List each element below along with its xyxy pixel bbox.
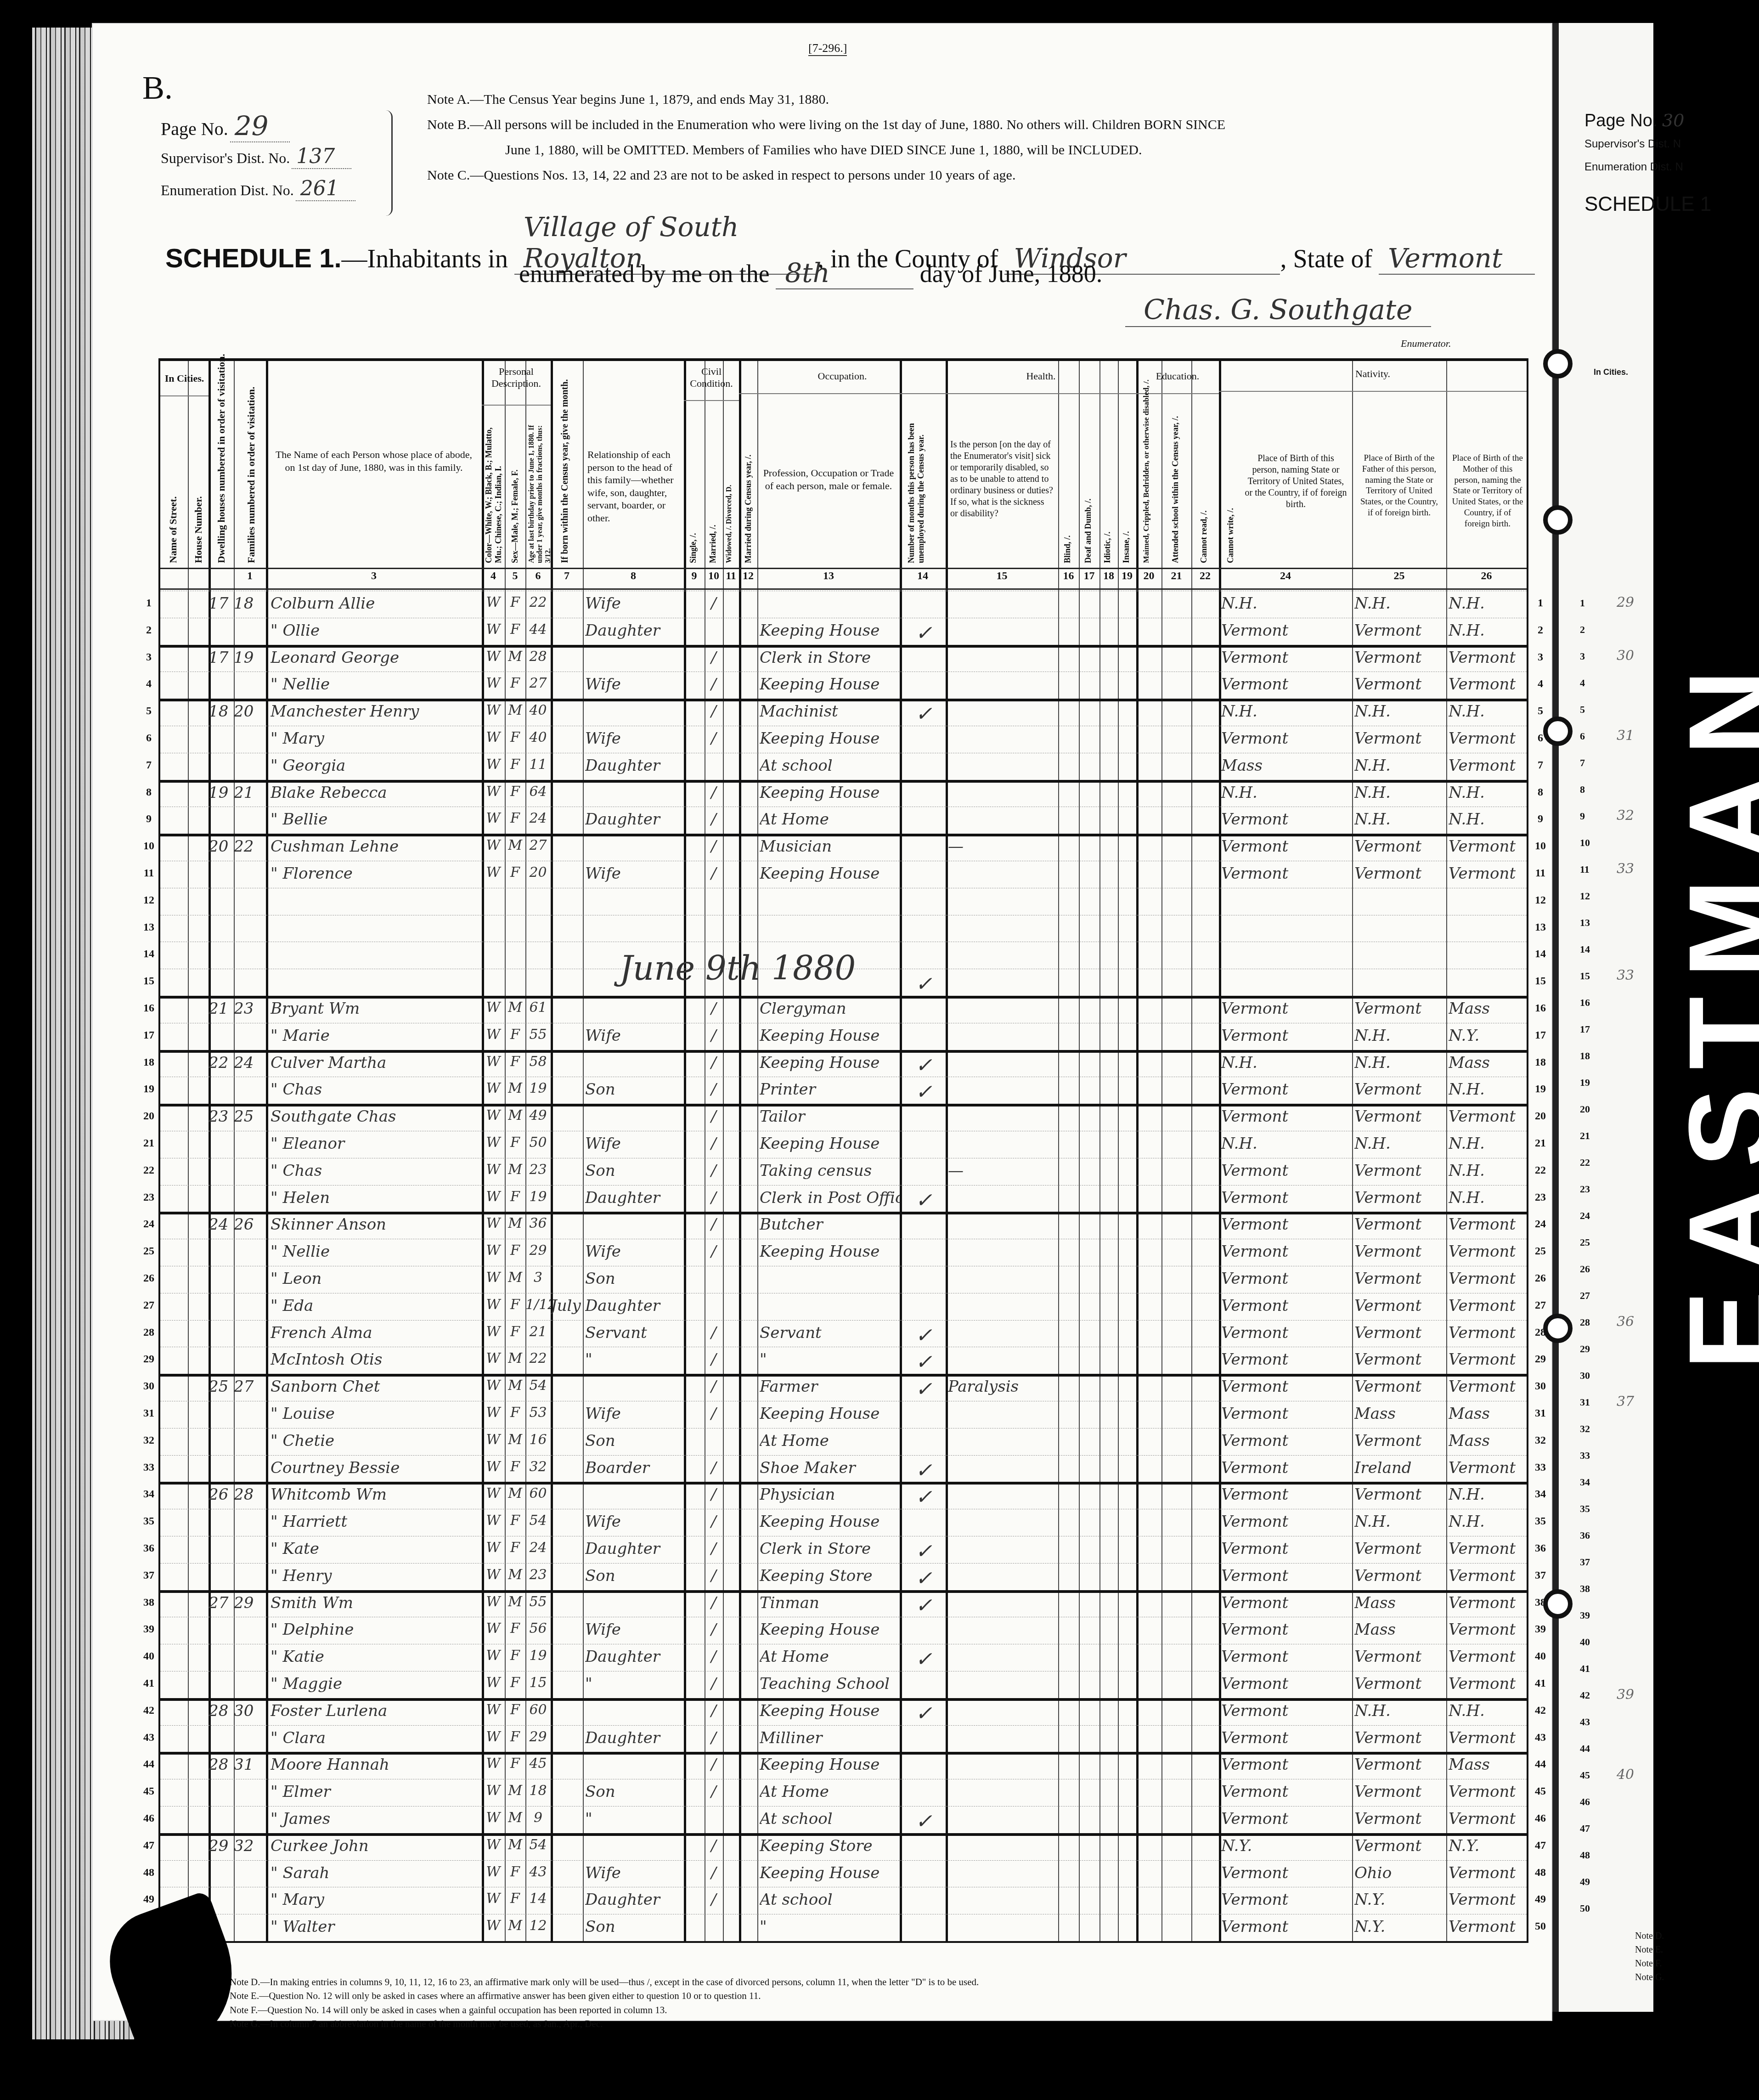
header-school: Attended school within the Census year, … [1171, 389, 1180, 563]
line-number-right: 30 [1531, 1380, 1550, 1393]
birthplace: Vermont [1221, 1864, 1352, 1882]
occupation: Keeping House [760, 784, 900, 802]
relationship: Son [585, 1567, 684, 1585]
relationship: Wife [585, 675, 684, 694]
father-birthplace: Vermont [1354, 1675, 1446, 1693]
row-divider [160, 1536, 1527, 1536]
occupation: Clerk in Store [760, 1540, 900, 1558]
birthplace: Vermont [1221, 1215, 1352, 1234]
sex: M [505, 1783, 525, 1799]
age: 15 [525, 1675, 551, 1691]
person-name: " Helen [271, 1189, 482, 1207]
father-birthplace: Vermont [1354, 1215, 1446, 1234]
header-age: Age at last birthday prior to June 1, 18… [528, 412, 548, 563]
header-father-birthplace: Place of Birth of the Father of this per… [1357, 453, 1442, 519]
age: 19 [525, 1189, 551, 1205]
sex: F [505, 1756, 525, 1772]
person-name: " Henry [271, 1567, 482, 1585]
adjacent-line-number: 4 [1580, 677, 1585, 689]
table-row: 4141" MaggieWF15"/Teaching SchoolVermont… [160, 1671, 1527, 1698]
person-name: " Mary [271, 729, 482, 748]
mother-birthplace: Vermont [1449, 1567, 1527, 1585]
father-birthplace: Vermont [1354, 999, 1446, 1018]
enumerator-label: Enumerator. [1401, 338, 1451, 350]
table-row: 3939" DelphineWF56Wife/Keeping HouseVerm… [160, 1617, 1527, 1644]
birthplace: Vermont [1221, 1027, 1352, 1045]
line-number-left: 26 [140, 1272, 158, 1285]
mother-birthplace: Vermont [1449, 1810, 1527, 1828]
age: 22 [525, 594, 551, 610]
table-row: 38382729Smith WmWM55/Tinman✓VermontMassV… [160, 1590, 1527, 1617]
line-number-left: 33 [140, 1462, 158, 1474]
family-number: 21 [234, 784, 266, 802]
supervisor-district-field: Supervisor's Dist. No. 137 [161, 145, 351, 169]
married-mark: / [705, 1080, 723, 1099]
row-divider [160, 645, 1527, 648]
relationship: Daughter [585, 1648, 684, 1666]
mother-birthplace: Vermont [1449, 1783, 1527, 1801]
line-number-left: 49 [140, 1893, 158, 1906]
line-number-right: 24 [1531, 1218, 1550, 1231]
relationship: Daughter [585, 810, 684, 829]
father-birthplace: Vermont [1354, 837, 1446, 856]
line-number-right: 49 [1531, 1893, 1550, 1906]
line-number-left: 19 [140, 1083, 158, 1095]
sex: F [505, 1648, 525, 1664]
unemployed-mark: ✓ [902, 1567, 946, 1590]
relationship: Daughter [585, 1729, 684, 1747]
family-number: 24 [234, 1054, 266, 1072]
line-number-right: 32 [1531, 1434, 1550, 1447]
table-row: 111718Colburn AllieWF22Wife/N.H.N.H.N.H. [160, 591, 1527, 618]
sex: M [505, 702, 525, 718]
mother-birthplace: Vermont [1449, 864, 1527, 883]
person-name: " Chas [271, 1080, 482, 1099]
table-row: 4545" ElmerWM18Son/At HomeVermontVermont… [160, 1779, 1527, 1806]
adjacent-line-number: 34 [1580, 1476, 1590, 1488]
sex: M [505, 1107, 525, 1123]
header-born-month: If born within the Census year, give the… [560, 379, 570, 563]
birthplace: Vermont [1221, 1297, 1352, 1315]
occupation: At school [760, 1810, 900, 1828]
line-number-right: 25 [1531, 1245, 1550, 1258]
table-row: 2626" LeonWM3SonVermontVermontVermont [160, 1266, 1527, 1293]
occupation: Machinist [760, 702, 900, 721]
relationship: Wife [585, 1135, 684, 1153]
colnum-14: 14 [900, 570, 946, 582]
mother-birthplace: N.H. [1449, 1702, 1527, 1720]
adjacent-page-no: Page No. 30 [1584, 110, 1684, 131]
birthplace: Vermont [1221, 1270, 1352, 1288]
line-number-left: 44 [140, 1758, 158, 1771]
married-mark: / [705, 810, 723, 829]
father-birthplace: N.Y. [1354, 1891, 1446, 1909]
birthplace: N.Y. [1221, 1837, 1352, 1855]
mother-birthplace: Mass [1449, 999, 1527, 1018]
sex: F [505, 1459, 525, 1475]
row-divider [160, 1806, 1527, 1806]
sickness: — [948, 1162, 1058, 1180]
supervisor-value: 137 [292, 145, 351, 169]
adjacent-dwelling-entry: 36 [1617, 1314, 1634, 1330]
color: W [482, 1405, 505, 1421]
person-name: " Delphine [271, 1620, 482, 1639]
adjacent-line-number: 6 [1580, 730, 1585, 742]
colnum-24: 24 [1219, 570, 1352, 582]
note-c: Note C.—Questions Nos. 13, 14, 22 and 23… [427, 168, 1015, 183]
adjacent-notes: Note D. Note E. Note F. Note G. [1635, 1929, 1664, 1984]
birthplace: Vermont [1221, 1513, 1352, 1531]
adjacent-line-number: 10 [1580, 837, 1590, 849]
sex: F [505, 784, 525, 800]
occupation: Servant [760, 1324, 900, 1342]
line-number-left: 39 [140, 1623, 158, 1636]
row-divider [160, 1887, 1527, 1887]
colnum-9: 9 [684, 570, 705, 582]
father-birthplace: N.H. [1354, 1054, 1446, 1072]
table-row: 44442831Moore HannahWF45/Keeping HouseVe… [160, 1752, 1527, 1779]
birthplace: Vermont [1221, 1810, 1352, 1828]
film-brand-label: EASTMAN [1663, 276, 1754, 1745]
color: W [482, 756, 505, 773]
relationship: Wife [585, 1405, 684, 1423]
adjacent-note-g: Note G. [1635, 1970, 1664, 1984]
row-divider [160, 1239, 1527, 1239]
father-birthplace: Vermont [1354, 621, 1446, 640]
colnum-5: 5 [505, 570, 525, 582]
table-row: 44" NellieWF27Wife/Keeping HouseVermontV… [160, 672, 1527, 699]
birthplace: Vermont [1221, 675, 1352, 694]
line-number-left: 4 [140, 678, 158, 690]
adjacent-dwelling-entry: 31 [1617, 728, 1634, 744]
color: W [482, 1377, 505, 1394]
adjacent-line-number: 48 [1580, 1849, 1590, 1861]
person-name: Sanborn Chet [271, 1377, 482, 1396]
age: 32 [525, 1459, 551, 1475]
color: W [482, 1594, 505, 1610]
line-number-left: 5 [140, 705, 158, 717]
mother-birthplace: Vermont [1449, 1729, 1527, 1747]
person-name: Blake Rebecca [271, 784, 482, 802]
table-row: 331719Leonard GeorgeWM28/Clerk in StoreV… [160, 645, 1527, 672]
line-number-right: 43 [1531, 1732, 1550, 1744]
line-number-right: 18 [1531, 1056, 1550, 1069]
person-name: " Georgia [271, 756, 482, 775]
sex: F [505, 1729, 525, 1745]
father-birthplace: Vermont [1354, 1080, 1446, 1099]
colnum-16: 16 [1058, 570, 1079, 582]
row-divider [160, 834, 1527, 836]
header-sickness: Is the person [on the day of the Enumera… [950, 439, 1054, 519]
sex: F [505, 1620, 525, 1637]
table-row: 16162123Bryant WmWM61/ClergymanVermontVe… [160, 996, 1527, 1023]
mother-birthplace: N.H. [1449, 1513, 1527, 1531]
color: W [482, 1324, 505, 1340]
sex: F [505, 1864, 525, 1880]
birthplace: Vermont [1221, 1324, 1352, 1342]
line-number-left: 46 [140, 1812, 158, 1825]
father-birthplace: Mass [1354, 1620, 1446, 1639]
line-number-right: 26 [1531, 1272, 1550, 1285]
line-number-right: 7 [1531, 759, 1550, 772]
birthplace: Vermont [1221, 1189, 1352, 1207]
age: 21 [525, 1324, 551, 1340]
occupation: " [760, 1918, 900, 1936]
table-row: 3636" KateWF24Daughter/Clerk in Store✓Ve… [160, 1536, 1527, 1563]
row-divider [160, 1860, 1527, 1861]
group-personal: Personal Description. [482, 366, 551, 390]
adjacent-line-number: 21 [1580, 1130, 1590, 1142]
married-mark: / [705, 864, 723, 883]
group-in-cities: In Cities. [160, 373, 209, 384]
brace [386, 110, 393, 216]
color: W [482, 784, 505, 800]
adjacent-supervisor-label: Supervisor's Dist. N [1584, 138, 1681, 151]
person-name: " Florence [271, 864, 482, 883]
table-row: 4949" MaryWF14Daughter/At schoolVermontN… [160, 1887, 1527, 1914]
color: W [482, 1567, 505, 1583]
color: W [482, 1891, 505, 1907]
mother-birthplace: N.H. [1449, 810, 1527, 829]
color: W [482, 1162, 505, 1178]
group-civil: Civil Condition. [684, 366, 739, 390]
adjacent-line-number: 44 [1580, 1743, 1590, 1755]
adjacent-line-number: 20 [1580, 1103, 1590, 1115]
table-row: 66" MaryWF40Wife/Keeping HouseVermontVer… [160, 726, 1527, 753]
table-row: 2323" HelenWF19Daughter/Clerk in Post Of… [160, 1185, 1527, 1212]
adjacent-line-number: 17 [1580, 1023, 1590, 1035]
relationship: Wife [585, 594, 684, 613]
line-number-left: 43 [140, 1732, 158, 1744]
family-number: 20 [234, 702, 266, 721]
line-number-left: 13 [140, 921, 158, 934]
married-mark: / [705, 729, 723, 748]
adjacent-line-number: 50 [1580, 1902, 1590, 1914]
adjacent-line-number: 26 [1580, 1263, 1590, 1275]
adjacent-line-number: 1 [1580, 597, 1585, 609]
header-cannot-write: Cannot write, /. [1226, 444, 1235, 563]
person-name: " Nellie [271, 1242, 482, 1261]
unemployed-mark: ✓ [902, 1350, 946, 1374]
line-number-right: 12 [1531, 894, 1550, 907]
sex: F [505, 1297, 525, 1313]
sex: F [505, 1242, 525, 1259]
age: 23 [525, 1567, 551, 1583]
line-number-left: 36 [140, 1542, 158, 1555]
mother-birthplace: Mass [1449, 1405, 1527, 1423]
table-row: 99" BellieWF24Daughter/At HomeVermontN.H… [160, 807, 1527, 834]
mother-birthplace: N.Y. [1449, 1027, 1527, 1045]
age: 18 [525, 1783, 551, 1799]
age: 3 [525, 1270, 551, 1286]
line-number-left: 30 [140, 1380, 158, 1393]
person-name: " Nellie [271, 675, 482, 694]
relationship: Daughter [585, 1891, 684, 1909]
family-number: 18 [234, 594, 266, 613]
line-number-right: 38 [1531, 1597, 1550, 1609]
birthplace: N.H. [1221, 1054, 1352, 1072]
occupation: Physician [760, 1485, 900, 1504]
color: W [482, 864, 505, 881]
color: W [482, 702, 505, 718]
person-name: " Clara [271, 1729, 482, 1747]
group-nativity: Nativity. [1219, 368, 1527, 380]
line-number-left: 37 [140, 1569, 158, 1582]
note-g: Note G.—In column 7 an abbreviation in t… [230, 2017, 979, 2031]
age: 44 [525, 621, 551, 638]
section-letter: B. [142, 69, 173, 107]
age: 16 [525, 1432, 551, 1448]
table-row: 551820Manchester HenryWM40/Machinist✓N.H… [160, 699, 1527, 726]
relationship: Wife [585, 729, 684, 748]
father-birthplace: Vermont [1354, 864, 1446, 883]
married-mark: / [705, 1648, 723, 1666]
adjacent-note-f: Note F. [1635, 1957, 1664, 1970]
sex: M [505, 649, 525, 665]
occupation: Tinman [760, 1594, 900, 1612]
line-number-right: 42 [1531, 1705, 1550, 1717]
line-number-right: 2 [1531, 624, 1550, 637]
unemployed-mark: ✓ [902, 1485, 946, 1509]
person-name: Smith Wm [271, 1594, 482, 1612]
married-mark: / [705, 675, 723, 694]
relationship: Son [585, 1432, 684, 1450]
father-birthplace: Vermont [1354, 729, 1446, 748]
line-number-right: 31 [1531, 1407, 1550, 1420]
person-name: Culver Martha [271, 1054, 482, 1072]
dwelling-number: 27 [209, 1594, 234, 1612]
line-number-left: 23 [140, 1191, 158, 1204]
table-row: 18182224Culver MarthaWF58/Keeping House✓… [160, 1050, 1527, 1077]
form-code: [7-296.] [808, 41, 847, 56]
unemployed-mark: ✓ [902, 1594, 946, 1617]
sex: F [505, 1324, 525, 1340]
relationship: Daughter [585, 621, 684, 640]
adjacent-line-number: 39 [1580, 1609, 1590, 1621]
occupation: Keeping House [760, 864, 900, 883]
table-row: 22" OllieWF44DaughterKeeping House✓Vermo… [160, 618, 1527, 645]
row-divider [160, 1347, 1527, 1347]
table-row: 47472932Curkee JohnWM54/Keeping StoreN.Y… [160, 1833, 1527, 1860]
age: 61 [525, 999, 551, 1016]
row-divider [160, 591, 1527, 591]
adjacent-line-number: 33 [1580, 1450, 1590, 1462]
person-name: " Ollie [271, 621, 482, 640]
birthplace: N.H. [1221, 702, 1352, 721]
row-divider [160, 1131, 1527, 1131]
unemployed-mark: ✓ [902, 1189, 946, 1212]
row-divider [160, 1104, 1527, 1106]
line-number-left: 8 [140, 786, 158, 799]
line-number-left: 35 [140, 1515, 158, 1528]
relationship: Son [585, 1918, 684, 1936]
binding-ring [1543, 505, 1573, 535]
line-number-left: 47 [140, 1840, 158, 1852]
occupation: At Home [760, 1432, 900, 1450]
birthplace: Vermont [1221, 1729, 1352, 1747]
mother-birthplace: Vermont [1449, 1891, 1527, 1909]
adjacent-line-number: 43 [1580, 1716, 1590, 1728]
occupation: Teaching School [760, 1675, 900, 1693]
table-row: 3333Courtney BessieWF32Boarder/Shoe Make… [160, 1455, 1527, 1482]
father-birthplace: Vermont [1354, 1756, 1446, 1774]
father-birthplace: N.H. [1354, 1135, 1446, 1153]
adjacent-line-number: 27 [1580, 1290, 1590, 1302]
color: W [482, 621, 505, 638]
dwelling-number: 20 [209, 837, 234, 856]
adjacent-line-number: 7 [1580, 757, 1585, 769]
father-birthplace: N.H. [1354, 1702, 1446, 1720]
father-birthplace: Vermont [1354, 1485, 1446, 1504]
table-row: 4040" KatieWF19Daughter/At Home✓VermontV… [160, 1644, 1527, 1671]
color: W [482, 1810, 505, 1826]
row-divider [160, 1833, 1527, 1836]
sex: F [505, 1405, 525, 1421]
note-e: Note E.—Question No. 12 will only be ask… [230, 1989, 979, 2003]
table-row: 3535" HarriettWF54Wife/Keeping HouseVerm… [160, 1509, 1527, 1536]
adjacent-line-number: 37 [1580, 1556, 1590, 1568]
married-mark: / [705, 784, 723, 802]
family-number: 19 [234, 649, 266, 667]
table-row: 1212 [160, 888, 1527, 915]
family-number: 27 [234, 1377, 266, 1396]
father-birthplace: Vermont [1354, 1107, 1446, 1126]
line-number-left: 31 [140, 1407, 158, 1420]
row-divider [160, 726, 1527, 726]
sex: M [505, 1594, 525, 1610]
table-row: 3737" HenryWM23Son/Keeping Store✓Vermont… [160, 1563, 1527, 1590]
married-mark: / [705, 1027, 723, 1045]
table-row: 2525" NellieWF29Wife/Keeping HouseVermon… [160, 1239, 1527, 1266]
note-b: Note B.—All persons will be included in … [427, 117, 1225, 133]
occupation: Keeping Store [760, 1567, 900, 1585]
colnum-17: 17 [1079, 570, 1099, 582]
line-number-left: 24 [140, 1218, 158, 1231]
birthplace: Vermont [1221, 1432, 1352, 1450]
person-name: McIntosh Otis [271, 1350, 482, 1369]
relationship: Daughter [585, 1540, 684, 1558]
age: 20 [525, 864, 551, 881]
adjacent-line-number: 9 [1580, 810, 1585, 822]
color: W [482, 1350, 505, 1366]
occupation: Shoe Maker [760, 1459, 900, 1477]
father-birthplace: Vermont [1354, 1567, 1446, 1585]
birthplace: Vermont [1221, 1242, 1352, 1261]
person-name: French Alma [271, 1324, 482, 1342]
row-divider [160, 942, 1527, 942]
occupation: At Home [760, 1783, 900, 1801]
birthplace: Vermont [1221, 864, 1352, 883]
relationship: " [585, 1810, 684, 1828]
adjacent-line-number: 29 [1580, 1343, 1590, 1355]
line-number-left: 28 [140, 1327, 158, 1339]
mother-birthplace: Vermont [1449, 1215, 1527, 1234]
father-birthplace: N.H. [1354, 1513, 1446, 1531]
colnum-4: 4 [482, 570, 505, 582]
line-number-left: 2 [140, 624, 158, 637]
table-row: 3232" ChetieWM16SonAt HomeVermontVermont… [160, 1428, 1527, 1455]
age: 55 [525, 1594, 551, 1610]
header-name: The Name of each Person whose place of a… [275, 448, 473, 474]
married-mark: / [705, 1405, 723, 1423]
father-birthplace: Vermont [1354, 1270, 1446, 1288]
row-divider [160, 1401, 1527, 1401]
colnum-26: 26 [1446, 570, 1527, 582]
family-number: 30 [234, 1702, 266, 1720]
person-name: " Mary [271, 1891, 482, 1909]
person-name: Courtney Bessie [271, 1459, 482, 1477]
table-row: 2828French AlmaWF21Servant/Servant✓Vermo… [160, 1320, 1527, 1347]
